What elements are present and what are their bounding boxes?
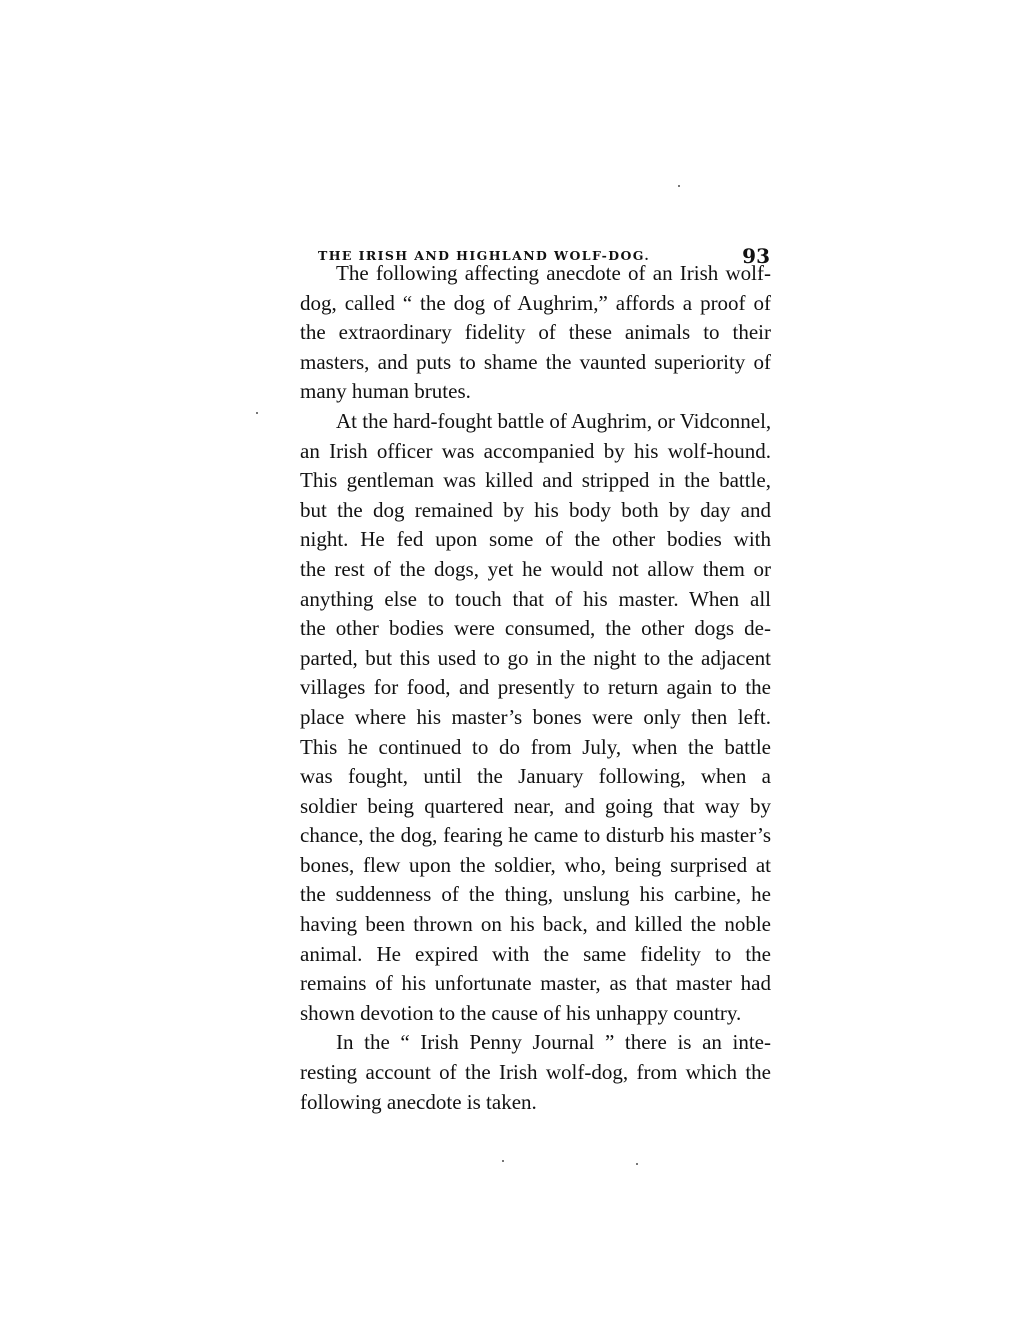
- text-line: resting account of the Irish wolf-dog, f…: [264, 1058, 771, 1088]
- text-line: This gentleman was killed and stripped i…: [264, 466, 771, 496]
- text-line: remains of his unfortunate master, as th…: [264, 969, 771, 999]
- text-line: the extraordinary fidelity of these anim…: [264, 318, 771, 348]
- scan-speck: [678, 185, 680, 187]
- text-line: night. He fed upon some of the other bod…: [264, 525, 771, 555]
- scan-speck: [502, 1160, 504, 1162]
- text-line: following anecdote is taken.: [264, 1088, 771, 1118]
- text-line: dog, called “ the dog of Aughrim,” affor…: [264, 289, 771, 319]
- text-line: bones, flew upon the soldier, who, being…: [264, 851, 771, 881]
- paragraph-3: In the “ Irish Penny Journal ” there is …: [264, 1028, 771, 1117]
- text-line: parted, but this used to go in the night…: [264, 644, 771, 674]
- paragraph-1: The following affecting anecdote of an I…: [264, 259, 771, 407]
- text-line: the rest of the dogs, yet he would not a…: [264, 555, 771, 585]
- text-line: the other bodies were consumed, the othe…: [264, 614, 771, 644]
- book-page: THE IRISH AND HIGHLAND WOLF-DOG. 93 The …: [0, 0, 1033, 1339]
- text-line: The following affecting anecdote of an I…: [264, 259, 771, 289]
- text-line: was fought, until the January following,…: [264, 762, 771, 792]
- text-line: This he continued to do from July, when …: [264, 733, 771, 763]
- text-line: place where his master’s bones were only…: [264, 703, 771, 733]
- text-line: but the dog remained by his body both by…: [264, 496, 771, 526]
- scan-speck: [256, 412, 258, 414]
- text-line: an Irish officer was accompanied by his …: [264, 437, 771, 467]
- text-line: shown devotion to the cause of his unhap…: [264, 999, 771, 1029]
- text-line: the suddenness of the thing, unslung his…: [264, 880, 771, 910]
- paragraph-2: At the hard-fought battle of Aughrim, or…: [264, 407, 771, 1028]
- text-line: At the hard-fought battle of Aughrim, or…: [264, 407, 771, 437]
- text-line: many human brutes.: [264, 377, 771, 407]
- text-line: villages for food, and presently to retu…: [264, 673, 771, 703]
- scan-speck: [636, 1163, 638, 1165]
- text-line: chance, the dog, fearing he came to dist…: [264, 821, 771, 851]
- text-line: In the “ Irish Penny Journal ” there is …: [264, 1028, 771, 1058]
- text-line: having been thrown on his back, and kill…: [264, 910, 771, 940]
- body-text: The following affecting anecdote of an I…: [264, 259, 771, 1117]
- text-line: masters, and puts to shame the vaunted s…: [264, 348, 771, 378]
- text-line: soldier being quartered near, and going …: [264, 792, 771, 822]
- text-line: anything else to touch that of his maste…: [264, 585, 771, 615]
- text-line: animal. He expired with the same fidelit…: [264, 940, 771, 970]
